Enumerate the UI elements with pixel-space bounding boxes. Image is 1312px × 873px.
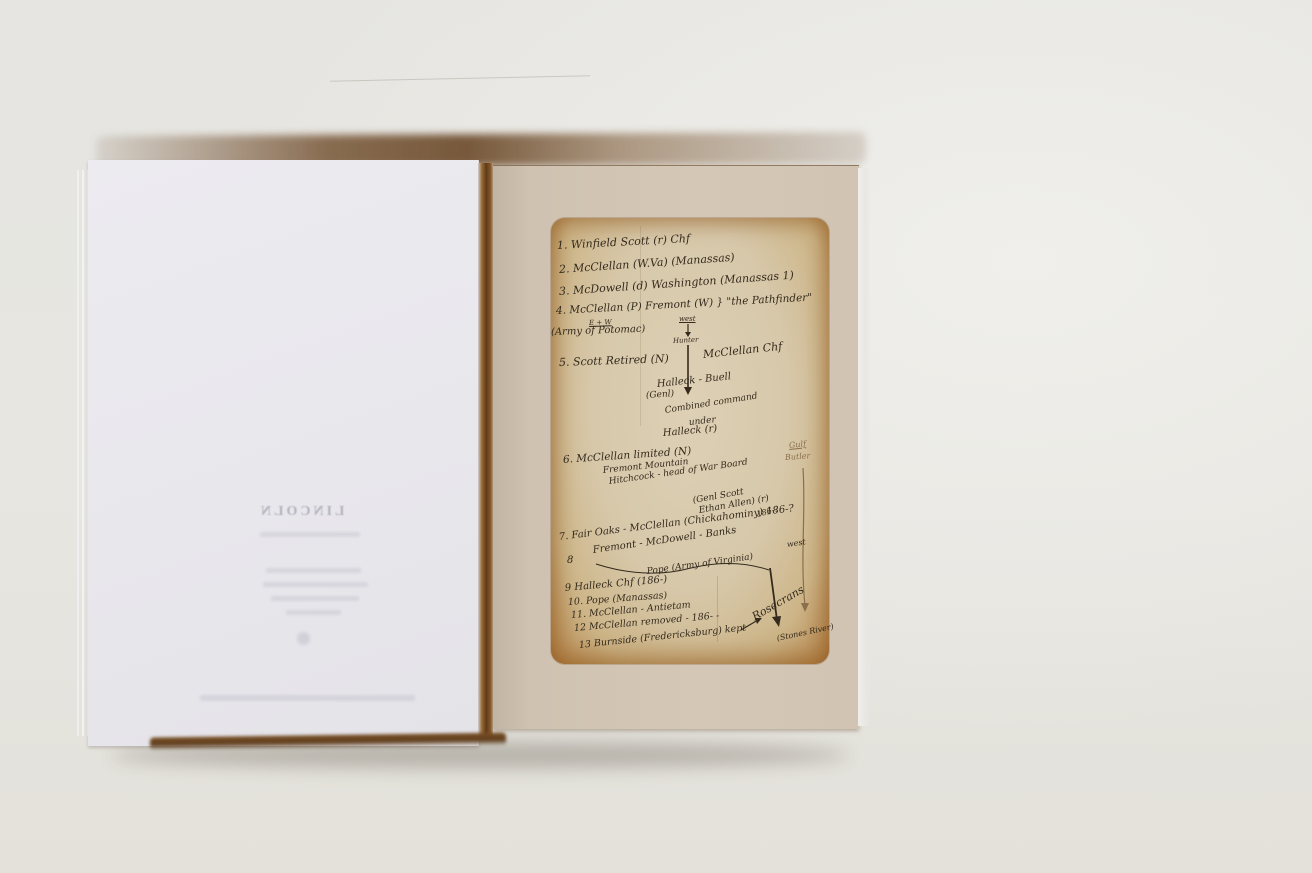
table-scratch <box>330 75 590 81</box>
handwriting-line: 8 <box>567 556 573 566</box>
handwriting-line: (Army of Potomac) <box>551 325 646 338</box>
showthrough-line <box>271 596 359 601</box>
handwriting-line: McClellan Chf <box>702 341 782 360</box>
showthrough-line <box>286 610 341 615</box>
handwriting-line: Halleck (r) <box>663 424 718 439</box>
handwriting-line: Gulf <box>789 440 807 450</box>
page-edge <box>77 170 79 736</box>
handwriting-line: Rosecrans <box>750 584 806 622</box>
photo-of-open-book: LINCOLN <box>0 0 1312 873</box>
book-gutter <box>478 163 493 737</box>
handwriting-line: Halleck - Buell <box>656 372 731 390</box>
handwriting-line: 2. McClellan (W.Va) (Manassas) <box>559 252 735 275</box>
handwriting-line: Combined command <box>664 392 758 416</box>
showthrough-line <box>266 568 361 573</box>
page-edge <box>82 170 84 736</box>
handwriting-line: (Genl) <box>646 390 675 401</box>
cover-edge-right <box>858 168 871 726</box>
showthrough-title-lincoln: LINCOLN <box>258 504 344 520</box>
handwriting-line: (Stones River) <box>776 623 834 643</box>
showthrough-line <box>263 582 368 587</box>
showthrough-emblem <box>297 632 310 645</box>
manuscript-photo: 1. Winfield Scott (r) Chf2. McClellan (W… <box>551 218 829 664</box>
handwriting-line: 5. Scott Retired (N) <box>559 353 669 368</box>
handwriting-layer: 1. Winfield Scott (r) Chf2. McClellan (W… <box>551 218 829 664</box>
handwriting-line: west <box>679 316 696 323</box>
handwriting-line: west <box>786 538 806 549</box>
handwriting-line: 4. McClellan (P) Fremont (W) } "the Path… <box>556 293 813 317</box>
handwriting-line: 1. Winfield Scott (r) Chf <box>557 233 691 251</box>
left-page: LINCOLN <box>88 160 479 746</box>
handwriting-line: Butler <box>785 452 811 462</box>
handwriting-line: 3. McDowell (d) Washington (Manassas 1) <box>559 270 795 297</box>
showthrough-line <box>260 532 360 537</box>
handwriting-line: Hunter <box>673 337 699 345</box>
showthrough-caption <box>200 695 415 701</box>
